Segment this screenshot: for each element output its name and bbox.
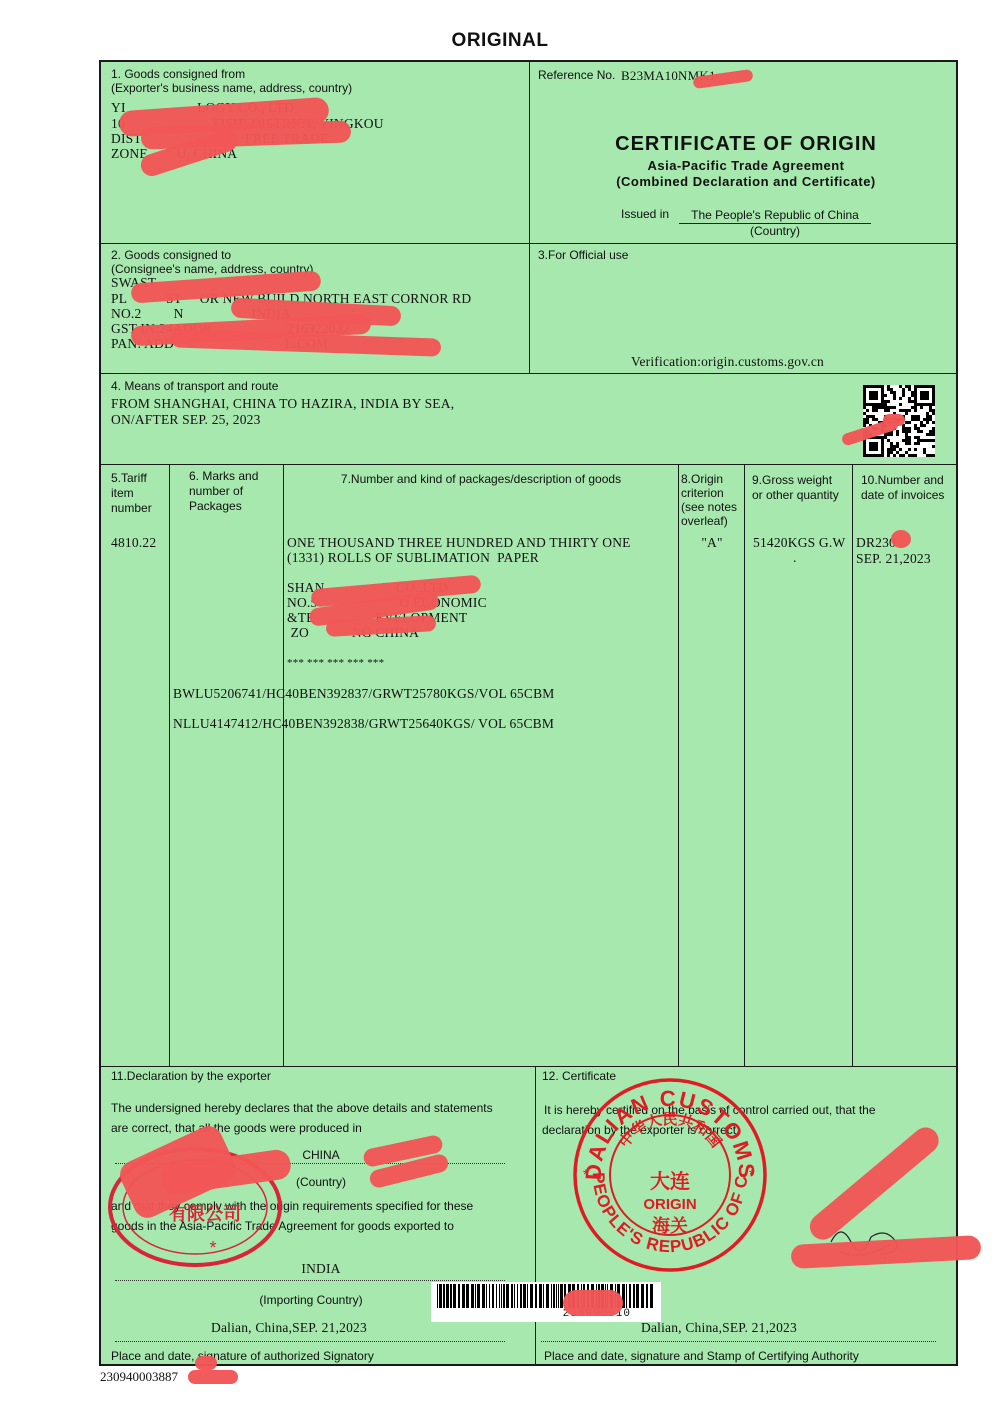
container-line: BWLU5206741/HC40BEN392837/GRWT25780KGS/V… (173, 686, 554, 702)
declaration-text: The undersigned hereby declares that the… (111, 1101, 493, 1116)
tariff-header: 5.Tariff item number (111, 471, 152, 516)
container-line: NLLU4147412/HC40BEN392838/GRWT25640KGS/ … (173, 716, 554, 732)
gross-weight: 51420KGS G.W (753, 535, 845, 551)
certificate-title: CERTIFICATE OF ORIGIN (531, 133, 961, 156)
weight-header: 9.Gross weight or other quantity (752, 473, 839, 503)
verification-url: Verification:origin.customs.gov.cn (631, 354, 824, 370)
exporter-signatory-caption: Place and date, signature of authorized … (111, 1349, 374, 1364)
certificate-subtitle: Asia-Pacific Trade Agreement (531, 158, 961, 173)
svg-text:*: * (583, 1166, 589, 1182)
goods-description: ONE THOUSAND THREE HUNDRED AND THIRTY ON… (287, 535, 631, 551)
transport-date: ON/AFTER SEP. 25, 2023 (111, 412, 261, 428)
tariff-number: 4810.22 (111, 535, 156, 551)
original-title: ORIGINAL (0, 30, 1000, 52)
origin-criterion: "A" (679, 535, 745, 551)
invoice-date: SEP. 21,2023 (856, 551, 931, 567)
box4-label: 4. Means of transport and route (111, 379, 278, 394)
svg-text:大连: 大连 (650, 1169, 690, 1193)
redaction-mark (188, 1370, 238, 1384)
certifying-authority-caption: Place and date, signature and Stamp of C… (544, 1349, 859, 1364)
redaction-mark (563, 1290, 623, 1316)
customs-stamp: DALIAN CUSTOMS THE PEOPLE'S REPUBLIC OF … (571, 1076, 769, 1274)
svg-text:*: * (209, 1238, 216, 1258)
redaction-mark (891, 530, 911, 548)
redaction-mark (883, 414, 905, 426)
transport-route: FROM SHANGHAI, CHINA TO HAZIRA, INDIA BY… (111, 396, 454, 412)
issued-in-country: The People's Republic of China (679, 208, 871, 224)
svg-text:DALIAN CUSTOMS: DALIAN CUSTOMS (581, 1086, 760, 1181)
gross-weight-dot: . (793, 550, 797, 566)
importing-caption: (Importing Country) (211, 1293, 411, 1308)
redaction-mark (195, 1356, 217, 1370)
document-serial: 230940003887 (100, 1369, 178, 1385)
country-caption: (Country) (679, 224, 871, 239)
box1-sublabel: (Exporter's business name, address, coun… (111, 81, 352, 96)
box2-label: 2. Goods consigned to (111, 248, 231, 263)
certificate-subtitle: (Combined Declaration and Certificate) (531, 174, 961, 189)
svg-text:有限公司: 有限公司 (169, 1203, 241, 1224)
goods-description: (1331) ROLLS OF SUBLIMATION PAPER (287, 550, 539, 566)
box11-label: 11.Declaration by the exporter (111, 1069, 271, 1084)
reference-label: Reference No. (538, 68, 615, 83)
marks-stars: *** *** *** *** *** (287, 656, 384, 672)
box1-label: 1. Goods consigned from (111, 67, 245, 82)
customs-place-date: Dalian, China,SEP. 21,2023 (641, 1320, 797, 1336)
origin-header: 8.Origin criterion (see notes overleaf) (681, 472, 737, 528)
svg-text:海关: 海关 (652, 1215, 688, 1236)
marks-header: 6. Marks and number of Packages (189, 469, 258, 514)
description-header: 7.Number and kind of packages/descriptio… (284, 472, 678, 487)
certificate-form: 1. Goods consigned from (Exporter's busi… (99, 60, 958, 1366)
box3-label: 3.For Official use (538, 248, 628, 263)
declaration-text: are correct, that all the goods were pro… (111, 1121, 362, 1136)
invoice-header: 10.Number and date of invoices (861, 473, 944, 503)
svg-text:ORIGIN: ORIGIN (643, 1196, 696, 1213)
svg-text:*: * (749, 1166, 755, 1182)
exporter-place-date: Dalian, China,SEP. 21,2023 (211, 1320, 367, 1336)
redaction-mark (171, 329, 441, 356)
invoice-number: DR230 (856, 535, 896, 551)
issued-in-label: Issued in (621, 207, 669, 222)
